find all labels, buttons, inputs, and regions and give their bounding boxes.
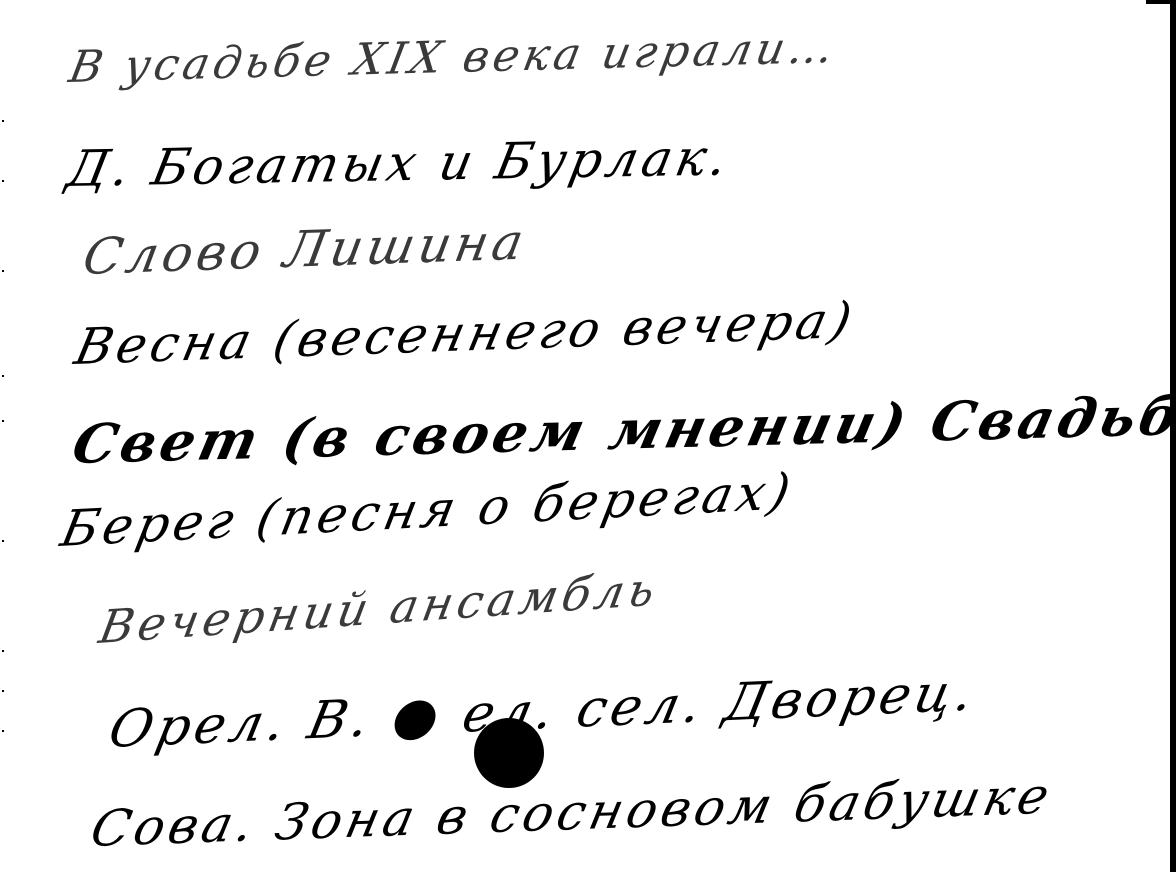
manuscript-line-2: Д. Богатых и Бурлак. [62,128,736,198]
manuscript-line-1: В усадьбе XIX века играли… [65,22,841,93]
manuscript-line-7: Вечерний ансамбль [95,562,663,654]
left-margin-specks [2,120,6,760]
scan-right-edge [1170,0,1176,872]
manuscript-line-5: Свет (в своем мнении) Свадьба. [67,382,1176,476]
manuscript-line-9: Сова. Зона в сосновом бабушке [86,767,1058,858]
ink-blot [474,718,544,788]
manuscript-page: В усадьбе XIX века играли… Д. Богатых и … [0,0,1176,872]
manuscript-line-3: Слово Лишина [79,213,532,286]
scan-top-right-corner [1146,0,1176,4]
manuscript-line-6: Берег (песня о берегах) [56,462,799,558]
manuscript-line-4: Весна (весеннего вечера) [70,291,861,376]
